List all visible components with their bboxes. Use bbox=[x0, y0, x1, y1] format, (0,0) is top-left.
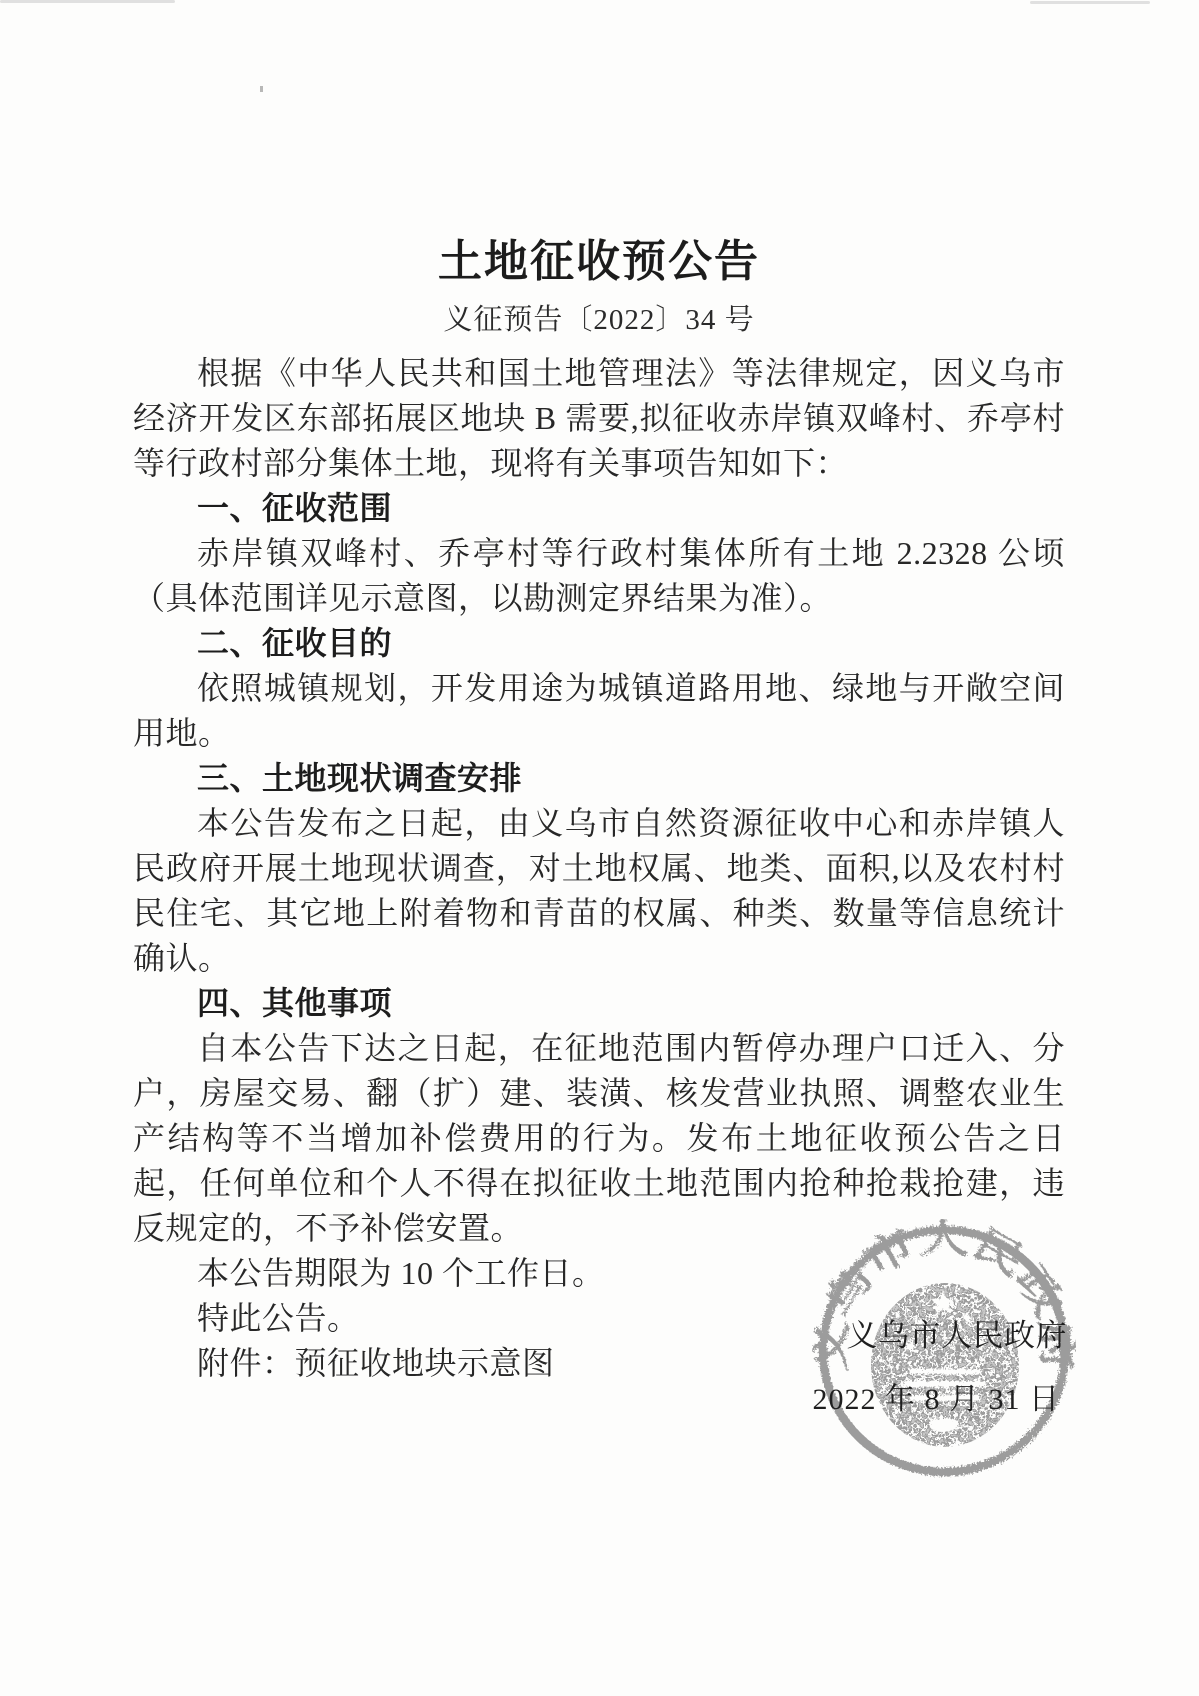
section-2-heading: 二、征收目的 bbox=[133, 621, 1065, 666]
intro-paragraph: 根据《中华人民共和国土地管理法》等法律规定，因义乌市经济开发区东部拓展区地块 B… bbox=[133, 351, 1065, 486]
signature-date: 2022 年 8 月 31 日 bbox=[813, 1374, 1061, 1418]
document-body: 土地征收预公告 义征预告〔2022〕34 号 根据《中华人民共和国土地管理法》等… bbox=[0, 0, 1199, 1386]
document-number: 义征预告〔2022〕34 号 bbox=[133, 300, 1065, 340]
section-2-body: 依照城镇规划，开发用途为城镇道路用地、绿地与开敞空间用地。 bbox=[133, 666, 1065, 756]
duration-paragraph: 本公告期限为 10 个工作日。 bbox=[133, 1251, 1065, 1296]
section-3-heading: 三、土地现状调查安排 bbox=[133, 756, 1065, 801]
section-1-body: 赤岸镇双峰村、乔亭村等行政村集体所有土地 2.2328 公顷（具体范围详见示意图… bbox=[133, 531, 1065, 621]
document-title: 土地征收预公告 bbox=[133, 236, 1065, 288]
announcement-text: 根据《中华人民共和国土地管理法》等法律规定，因义乌市经济开发区东部拓展区地块 B… bbox=[133, 351, 1065, 1386]
section-3-body: 本公告发布之日起，由义乌市自然资源征收中心和赤岸镇人民政府开展土地现状调查，对土… bbox=[133, 801, 1065, 981]
section-1-heading: 一、征收范围 bbox=[133, 486, 1065, 531]
section-4-heading: 四、其他事项 bbox=[133, 981, 1065, 1026]
scanned-document-page: 土地征收预公告 义征预告〔2022〕34 号 根据《中华人民共和国土地管理法》等… bbox=[0, 0, 1199, 1696]
section-4-body: 自本公告下达之日起，在征地范围内暂停办理户口迁入、分户，房屋交易、翻（扩）建、装… bbox=[133, 1026, 1065, 1251]
signature-org: 义乌市人民政府 bbox=[847, 1310, 1068, 1355]
